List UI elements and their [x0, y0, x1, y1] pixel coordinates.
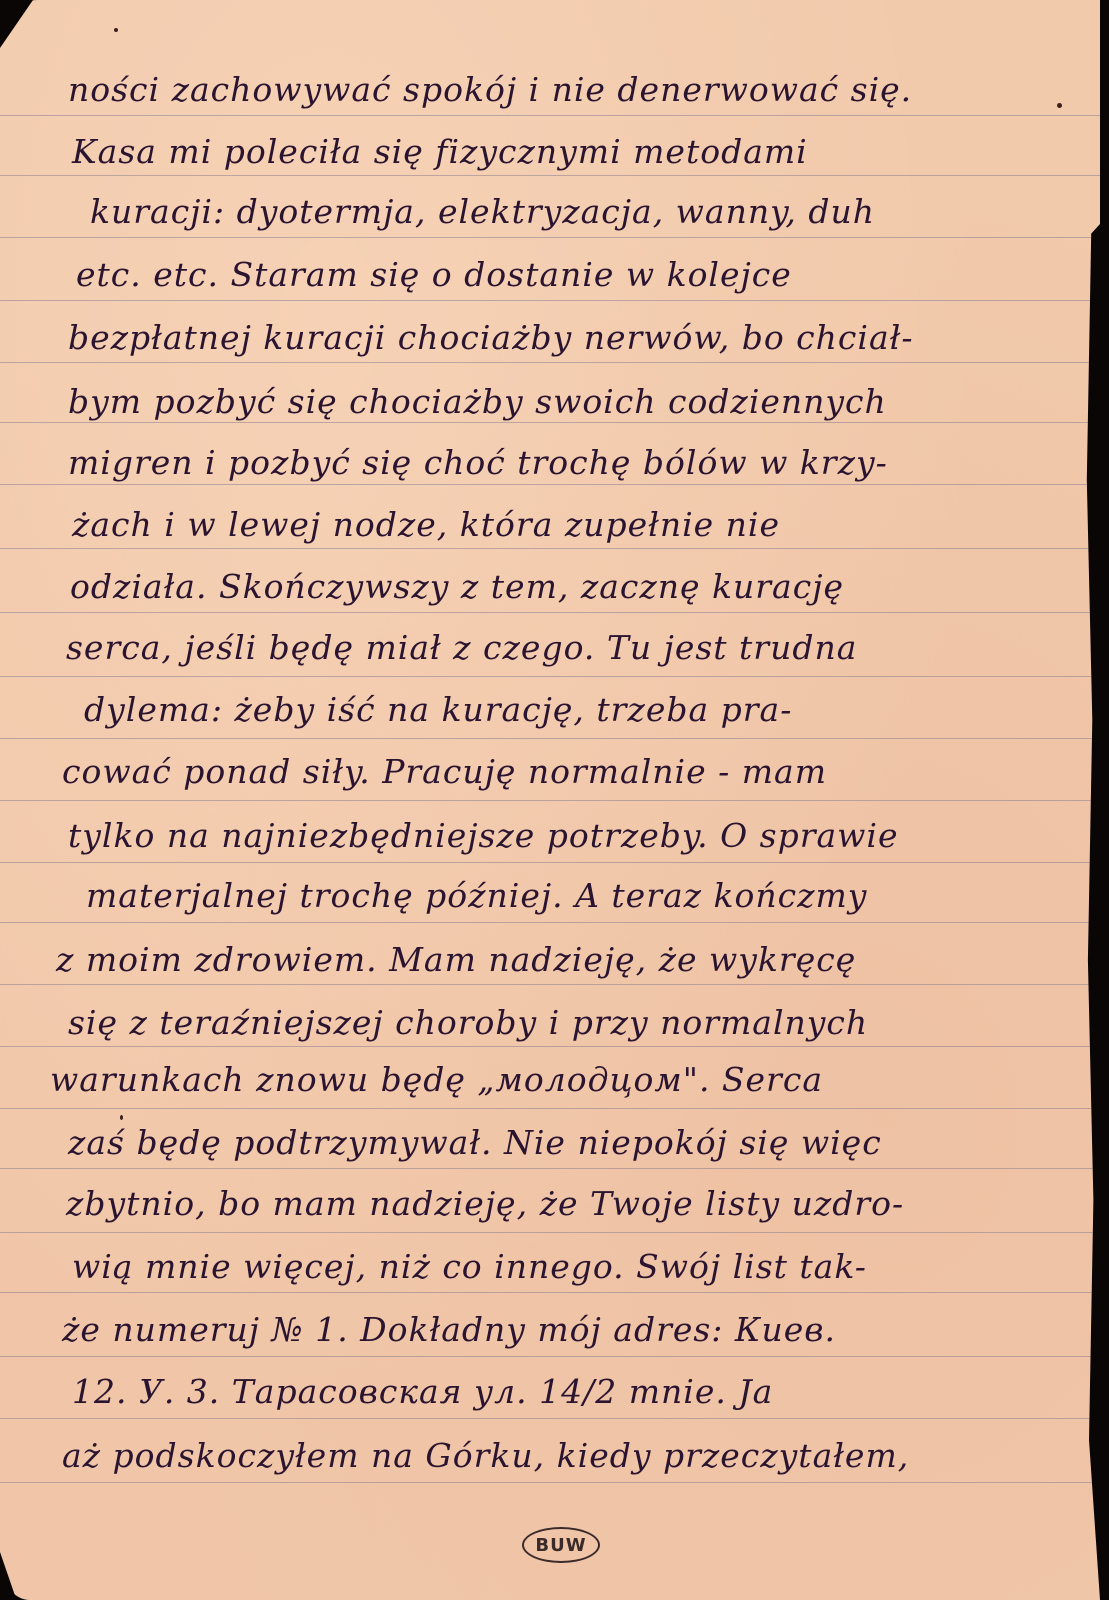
library-stamp: BUW [522, 1527, 600, 1563]
ruled-line [0, 1356, 1100, 1357]
text-line-19: zbytnio, bo mam nadzieję, że Twoje listy… [66, 1184, 904, 1223]
ruled-line [0, 984, 1100, 985]
text-line-18: zaś będę podtrzymywał. Nie niepokój się … [68, 1123, 882, 1162]
ruled-line [0, 300, 1100, 301]
ruled-line [0, 1418, 1100, 1419]
ruled-line [0, 1232, 1100, 1233]
text-line-2: Kasa mi poleciła się fizycznymi metodami [72, 132, 808, 171]
text-line-8: żach i w lewej nodze, która zupełnie nie [72, 505, 780, 544]
ink-speck [120, 1115, 123, 1120]
text-line-22: 12. У. 3. Тарасовская ул. 14/2 mnie. Ja [72, 1372, 773, 1411]
text-line-12: cować ponad siły. Pracuję normalnie - ma… [62, 752, 827, 791]
text-line-21: że numeruj № 1. Dokładny mój adres: Киев… [62, 1310, 836, 1349]
ruled-line [0, 612, 1100, 613]
ruled-line [0, 676, 1100, 677]
text-line-6: bym pozbyć się chociażby swoich codzienn… [68, 382, 887, 421]
text-line-23: aż podskoczyłem na Górku, kiedy przeczyt… [62, 1436, 909, 1475]
ruled-line [0, 237, 1100, 238]
ruled-line [0, 1482, 1100, 1483]
ruled-line [0, 922, 1100, 923]
ruled-line [0, 548, 1100, 549]
ruled-line [0, 800, 1100, 801]
text-line-16: się z teraźniejszej choroby i przy norma… [68, 1003, 868, 1042]
text-line-17: warunkach znowu będę „молодцом". Serca [50, 1060, 823, 1099]
stamp-text: BUW [535, 1535, 586, 1556]
text-line-14: materjalnej trochę później. A teraz końc… [86, 876, 867, 915]
text-line-5: bezpłatnej kuracji chociażby nerwów, bo … [68, 318, 913, 357]
ruled-line [0, 1292, 1100, 1293]
ink-speck [1057, 103, 1062, 108]
ink-speck [114, 28, 118, 32]
text-line-10: serca, jeśli będę miał z czego. Tu jest … [66, 628, 857, 667]
ruled-line [0, 422, 1100, 423]
letter-page: ności zachowywać spokój i nie denerwować… [0, 0, 1100, 1600]
text-line-3: kuracji: dyotermja, elektryzacja, wanny,… [90, 192, 875, 231]
ruled-line [0, 862, 1100, 863]
ruled-line [0, 362, 1100, 363]
ruled-line [0, 1108, 1100, 1109]
text-line-15: z moim zdrowiem. Mam nadzieję, że wykręc… [56, 940, 856, 979]
ruled-line [0, 115, 1100, 116]
text-line-11: dylema: żeby iść na kurację, trzeba pra- [84, 690, 792, 729]
text-line-7: migren i pozbyć się choć trochę bólów w … [68, 443, 888, 482]
text-line-20: wią mnie więcej, niż co innego. Swój lis… [72, 1247, 867, 1286]
ruled-line [0, 484, 1100, 485]
ruled-line [0, 175, 1100, 176]
ruled-line [0, 738, 1100, 739]
ruled-line [0, 1046, 1100, 1047]
text-line-13: tylko na najniezbędniejsze potrzeby. O s… [68, 816, 899, 855]
text-line-1: ności zachowywać spokój i nie denerwować… [68, 70, 912, 109]
text-line-9: odziała. Skończywszy z tem, zacznę kurac… [70, 567, 844, 606]
ruled-line [0, 1168, 1100, 1169]
text-line-4: etc. etc. Staram się o dostanie w kolejc… [76, 255, 792, 294]
